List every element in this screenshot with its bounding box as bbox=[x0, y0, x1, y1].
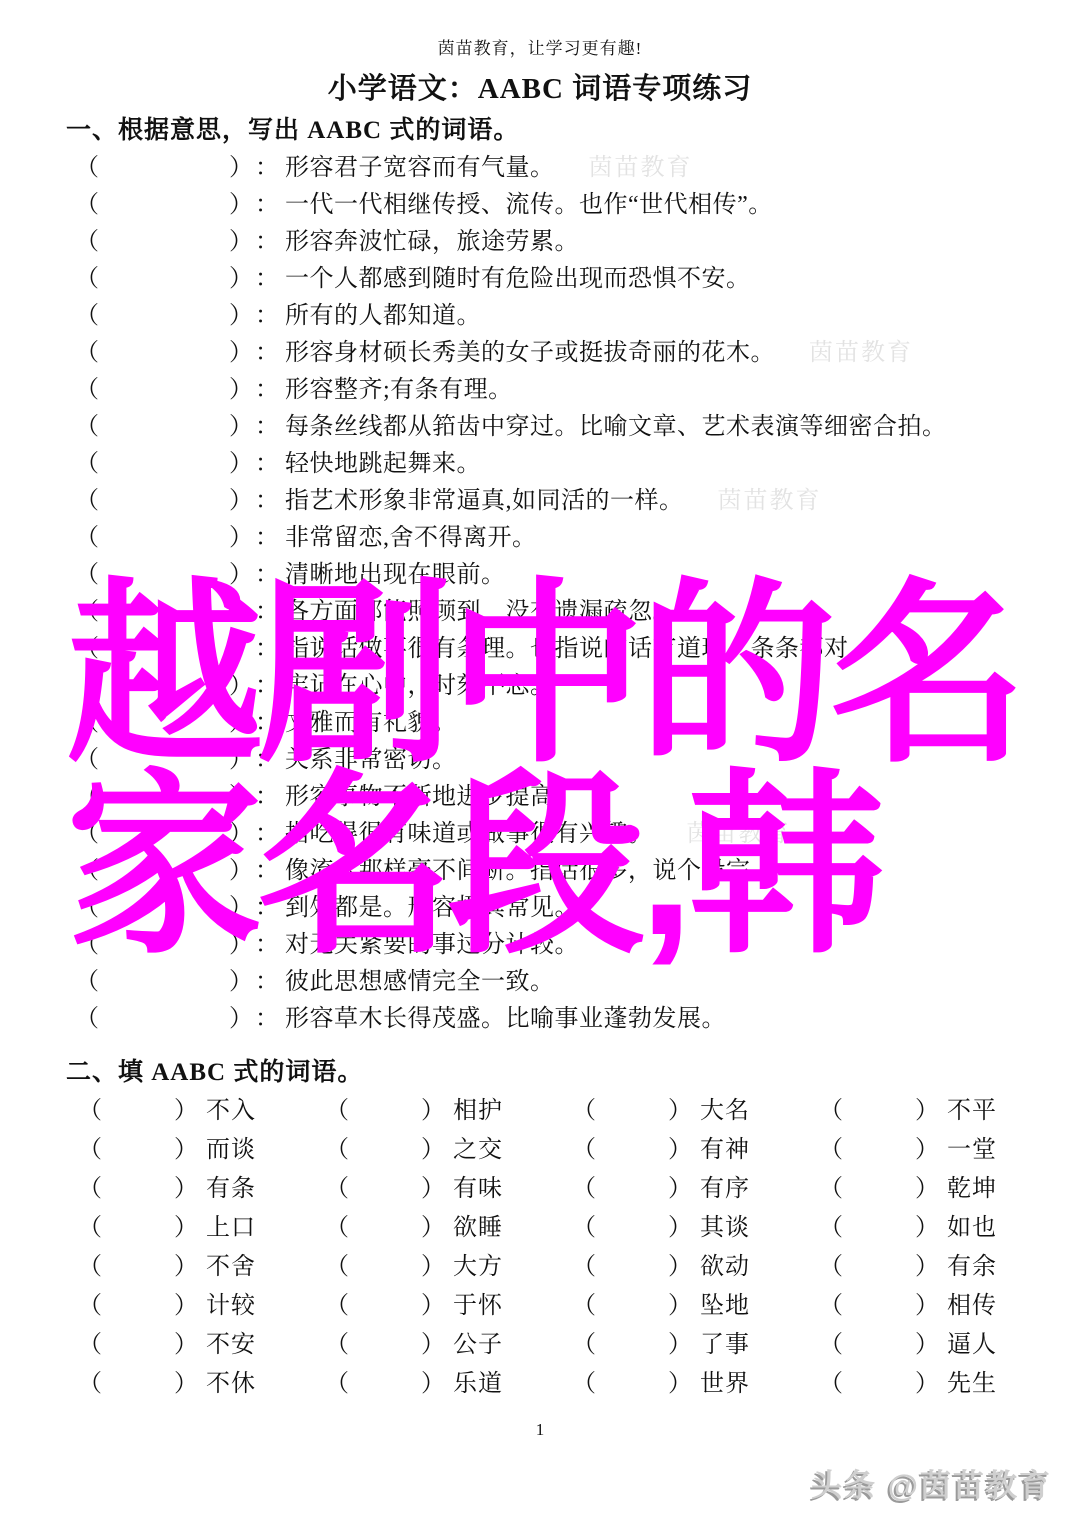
close-paren: ） bbox=[915, 1170, 939, 1209]
close-paren: ） bbox=[421, 1326, 445, 1365]
close-paren: ） bbox=[229, 298, 253, 335]
cell-word: 世界 bbox=[700, 1371, 750, 1397]
colon: ： bbox=[255, 446, 279, 483]
close-paren: ） bbox=[915, 1092, 939, 1131]
close-paren: ） bbox=[915, 1287, 939, 1326]
open-paren: （ bbox=[75, 1001, 99, 1038]
fill-cell: （）相传 bbox=[819, 1287, 1066, 1326]
close-paren: ） bbox=[174, 1209, 198, 1248]
clue-text: 形容君子宽容而有气量。 bbox=[285, 155, 555, 181]
open-paren: （ bbox=[75, 224, 99, 261]
close-paren: ） bbox=[421, 1365, 445, 1404]
clue-row: （）：非常留恋,舍不得离开。 bbox=[75, 520, 1075, 557]
cell-word: 其谈 bbox=[700, 1215, 750, 1241]
inline-watermark: 茵苗教育 bbox=[809, 340, 913, 366]
inline-watermark: 茵苗教育 bbox=[589, 155, 693, 181]
close-paren: ） bbox=[668, 1170, 692, 1209]
fill-cell: （）大名 bbox=[572, 1092, 819, 1131]
fill-cell: （）计较 bbox=[78, 1287, 325, 1326]
clue-row: （）：一代一代相继传授、流传。也作“世代相传”。 bbox=[75, 187, 1075, 224]
colon: ： bbox=[255, 224, 279, 261]
clue-row: （）：指艺术形象非常逼真,如同活的一样。茵苗教育 bbox=[75, 483, 1075, 520]
fill-cell: （）世界 bbox=[572, 1365, 819, 1404]
colon: ： bbox=[255, 409, 279, 446]
page: 茵苗教育，让学习更有趣! 小学语文：AABC 词语专项练习 一、根据意思，写出 … bbox=[0, 0, 1080, 1527]
open-paren: （ bbox=[78, 1365, 102, 1404]
close-paren: ） bbox=[915, 1326, 939, 1365]
clue-row: （）：轻快地跳起舞来。 bbox=[75, 446, 1075, 483]
open-paren: （ bbox=[75, 483, 99, 520]
page-number: 1 bbox=[0, 1420, 1080, 1440]
inline-watermark: 茵苗教育 bbox=[718, 488, 822, 514]
clue-text: 一代一代相继传授、流传。也作“世代相传”。 bbox=[285, 192, 773, 218]
close-paren: ） bbox=[915, 1248, 939, 1287]
colon: ： bbox=[255, 335, 279, 372]
fill-cell: （）乾坤 bbox=[819, 1170, 1066, 1209]
cell-word: 欲睡 bbox=[453, 1215, 503, 1241]
open-paren: （ bbox=[325, 1365, 349, 1404]
clue-text: 非常留恋,舍不得离开。 bbox=[285, 525, 537, 551]
fill-cell: （）不入 bbox=[78, 1092, 325, 1131]
clue-row: （）：形容奔波忙碌，旅途劳累。 bbox=[75, 224, 1075, 261]
fill-cell: （）相护 bbox=[325, 1092, 572, 1131]
cell-word: 乾坤 bbox=[947, 1176, 997, 1202]
fill-grid-row: （）而谈（）之交（）有神（）一堂 bbox=[78, 1131, 1068, 1170]
cell-word: 不休 bbox=[206, 1371, 256, 1397]
clue-text: 轻快地跳起舞来。 bbox=[285, 451, 481, 477]
fill-grid-row: （）上口（）欲睡（）其谈（）如也 bbox=[78, 1209, 1068, 1248]
close-paren: ） bbox=[229, 187, 253, 224]
colon: ： bbox=[255, 372, 279, 409]
close-paren: ） bbox=[229, 446, 253, 483]
fill-cell: （）有条 bbox=[78, 1170, 325, 1209]
clue-text: 形容奔波忙碌，旅途劳累。 bbox=[285, 229, 579, 255]
open-paren: （ bbox=[819, 1170, 843, 1209]
open-paren: （ bbox=[325, 1287, 349, 1326]
clue-row: （）：形容身材硕长秀美的女子或挺拔奇丽的花木。茵苗教育 bbox=[75, 335, 1075, 372]
clue-row: （）：每条丝线都从筘齿中穿过。比喻文章、艺术表演等细密合拍。 bbox=[75, 409, 1075, 446]
cell-word: 不安 bbox=[206, 1332, 256, 1358]
open-paren: （ bbox=[819, 1209, 843, 1248]
fill-cell: （）不安 bbox=[78, 1326, 325, 1365]
close-paren: ） bbox=[668, 1326, 692, 1365]
close-paren: ） bbox=[421, 1209, 445, 1248]
clue-text: 形容身材硕长秀美的女子或挺拔奇丽的花木。 bbox=[285, 340, 775, 366]
close-paren: ） bbox=[668, 1248, 692, 1287]
credit-watermark: 头条 @茵苗教育 bbox=[811, 1460, 1052, 1505]
colon: ： bbox=[255, 1001, 279, 1038]
open-paren: （ bbox=[78, 1248, 102, 1287]
colon: ： bbox=[255, 298, 279, 335]
open-paren: （ bbox=[572, 1248, 596, 1287]
open-paren: （ bbox=[819, 1287, 843, 1326]
cell-word: 大方 bbox=[453, 1254, 503, 1280]
fill-cell: （）之交 bbox=[325, 1131, 572, 1170]
clue-text: 形容整齐;有条有理。 bbox=[285, 377, 513, 403]
fill-grid-row: （）不休（）乐道（）世界（）先生 bbox=[78, 1365, 1068, 1404]
cell-word: 有余 bbox=[947, 1254, 997, 1280]
close-paren: ） bbox=[421, 1287, 445, 1326]
section1-heading: 一、根据意思，写出 AABC 式的词语。 bbox=[66, 110, 519, 146]
open-paren: （ bbox=[75, 150, 99, 187]
fill-cell: （）先生 bbox=[819, 1365, 1066, 1404]
close-paren: ） bbox=[229, 261, 253, 298]
cell-word: 了事 bbox=[700, 1332, 750, 1358]
open-paren: （ bbox=[325, 1131, 349, 1170]
close-paren: ） bbox=[174, 1326, 198, 1365]
open-paren: （ bbox=[78, 1092, 102, 1131]
cell-word: 之交 bbox=[453, 1137, 503, 1163]
fill-cell: （）了事 bbox=[572, 1326, 819, 1365]
fill-grid-row: （）不安（）公子（）了事（）逼人 bbox=[78, 1326, 1068, 1365]
fill-cell: （）如也 bbox=[819, 1209, 1066, 1248]
clue-text: 所有的人都知道。 bbox=[285, 303, 481, 329]
open-paren: （ bbox=[819, 1131, 843, 1170]
close-paren: ） bbox=[229, 483, 253, 520]
close-paren: ） bbox=[229, 1001, 253, 1038]
open-paren: （ bbox=[75, 446, 99, 483]
close-paren: ） bbox=[915, 1209, 939, 1248]
fill-cell: （）不休 bbox=[78, 1365, 325, 1404]
close-paren: ） bbox=[915, 1131, 939, 1170]
colon: ： bbox=[255, 187, 279, 224]
cell-word: 大名 bbox=[700, 1098, 750, 1124]
close-paren: ） bbox=[229, 224, 253, 261]
open-paren: （ bbox=[572, 1365, 596, 1404]
open-paren: （ bbox=[819, 1326, 843, 1365]
open-paren: （ bbox=[78, 1209, 102, 1248]
site-tagline: 茵苗教育，让学习更有趣! bbox=[0, 34, 1080, 59]
fill-cell: （）不平 bbox=[819, 1092, 1066, 1131]
fill-grid-row: （）不入（）相护（）大名（）不平 bbox=[78, 1092, 1068, 1131]
fill-grid: （）不入（）相护（）大名（）不平（）而谈（）之交（）有神（）一堂（）有条（）有味… bbox=[78, 1092, 1068, 1404]
clue-text: 指艺术形象非常逼真,如同活的一样。 bbox=[285, 488, 684, 514]
open-paren: （ bbox=[572, 1170, 596, 1209]
page-title: 小学语文：AABC 词语专项练习 bbox=[0, 66, 1080, 107]
fill-cell: （）不舍 bbox=[78, 1248, 325, 1287]
cell-word: 有条 bbox=[206, 1176, 256, 1202]
fill-cell: （）逼人 bbox=[819, 1326, 1066, 1365]
fill-cell: （）有余 bbox=[819, 1248, 1066, 1287]
cell-word: 先生 bbox=[947, 1371, 997, 1397]
open-paren: （ bbox=[78, 1131, 102, 1170]
close-paren: ） bbox=[174, 1248, 198, 1287]
close-paren: ） bbox=[229, 520, 253, 557]
open-paren: （ bbox=[819, 1092, 843, 1131]
open-paren: （ bbox=[325, 1170, 349, 1209]
colon: ： bbox=[255, 150, 279, 187]
open-paren: （ bbox=[572, 1131, 596, 1170]
open-paren: （ bbox=[75, 261, 99, 298]
cell-word: 不平 bbox=[947, 1098, 997, 1124]
open-paren: （ bbox=[78, 1170, 102, 1209]
clue-text: 一个人都感到随时有危险出现而恐惧不安。 bbox=[285, 266, 751, 292]
open-paren: （ bbox=[325, 1092, 349, 1131]
fill-cell: （）一堂 bbox=[819, 1131, 1066, 1170]
cell-word: 如也 bbox=[947, 1215, 997, 1241]
cell-word: 乐道 bbox=[453, 1371, 503, 1397]
cell-word: 有序 bbox=[700, 1176, 750, 1202]
close-paren: ） bbox=[421, 1248, 445, 1287]
fill-cell: （）大方 bbox=[325, 1248, 572, 1287]
open-paren: （ bbox=[325, 1248, 349, 1287]
close-paren: ） bbox=[174, 1170, 198, 1209]
fill-cell: （）坠地 bbox=[572, 1287, 819, 1326]
open-paren: （ bbox=[75, 335, 99, 372]
open-paren: （ bbox=[75, 298, 99, 335]
section2-heading: 二、填 AABC 式的词语。 bbox=[66, 1052, 363, 1088]
close-paren: ） bbox=[668, 1092, 692, 1131]
open-paren: （ bbox=[819, 1248, 843, 1287]
fill-cell: （）有味 bbox=[325, 1170, 572, 1209]
fill-grid-row: （）计较（）于怀（）坠地（）相传 bbox=[78, 1287, 1068, 1326]
fill-cell: （）有序 bbox=[572, 1170, 819, 1209]
cell-word: 于怀 bbox=[453, 1293, 503, 1319]
close-paren: ） bbox=[421, 1170, 445, 1209]
fill-cell: （）乐道 bbox=[325, 1365, 572, 1404]
close-paren: ） bbox=[421, 1092, 445, 1131]
close-paren: ） bbox=[174, 1092, 198, 1131]
open-paren: （ bbox=[572, 1326, 596, 1365]
cell-word: 相传 bbox=[947, 1293, 997, 1319]
clue-row: （）：形容草木长得茂盛。比喻事业蓬勃发展。 bbox=[75, 1001, 1075, 1038]
fill-cell: （）有神 bbox=[572, 1131, 819, 1170]
open-paren: （ bbox=[325, 1209, 349, 1248]
clue-row: （）：一个人都感到随时有危险出现而恐惧不安。 bbox=[75, 261, 1075, 298]
close-paren: ） bbox=[421, 1131, 445, 1170]
open-paren: （ bbox=[75, 409, 99, 446]
open-paren: （ bbox=[75, 372, 99, 409]
fill-cell: （）欲睡 bbox=[325, 1209, 572, 1248]
cell-word: 不舍 bbox=[206, 1254, 256, 1280]
fill-cell: （）其谈 bbox=[572, 1209, 819, 1248]
close-paren: ） bbox=[229, 150, 253, 187]
fill-grid-row: （）不舍（）大方（）欲动（）有余 bbox=[78, 1248, 1068, 1287]
fill-cell: （）而谈 bbox=[78, 1131, 325, 1170]
close-paren: ） bbox=[229, 335, 253, 372]
clue-row: （）：形容君子宽容而有气量。茵苗教育 bbox=[75, 150, 1075, 187]
open-paren: （ bbox=[572, 1287, 596, 1326]
cell-word: 有神 bbox=[700, 1137, 750, 1163]
colon: ： bbox=[255, 520, 279, 557]
clue-row: （）：形容整齐;有条有理。 bbox=[75, 372, 1075, 409]
clue-text: 形容草木长得茂盛。比喻事业蓬勃发展。 bbox=[285, 1006, 726, 1032]
open-paren: （ bbox=[819, 1365, 843, 1404]
open-paren: （ bbox=[78, 1287, 102, 1326]
colon: ： bbox=[255, 483, 279, 520]
close-paren: ） bbox=[668, 1131, 692, 1170]
cell-word: 欲动 bbox=[700, 1254, 750, 1280]
close-paren: ） bbox=[229, 409, 253, 446]
open-paren: （ bbox=[78, 1326, 102, 1365]
cell-word: 而谈 bbox=[206, 1137, 256, 1163]
clue-text: 每条丝线都从筘齿中穿过。比喻文章、艺术表演等细密合拍。 bbox=[285, 414, 947, 440]
open-paren: （ bbox=[572, 1092, 596, 1131]
big-watermark: 越剧中的名家名段,韩 bbox=[66, 580, 1080, 962]
open-paren: （ bbox=[325, 1326, 349, 1365]
cell-word: 有味 bbox=[453, 1176, 503, 1202]
open-paren: （ bbox=[75, 520, 99, 557]
close-paren: ） bbox=[174, 1287, 198, 1326]
close-paren: ） bbox=[915, 1365, 939, 1404]
cell-word: 逼人 bbox=[947, 1332, 997, 1358]
cell-word: 相护 bbox=[453, 1098, 503, 1124]
cell-word: 上口 bbox=[206, 1215, 256, 1241]
close-paren: ） bbox=[668, 1209, 692, 1248]
cell-word: 坠地 bbox=[700, 1293, 750, 1319]
fill-cell: （）欲动 bbox=[572, 1248, 819, 1287]
open-paren: （ bbox=[572, 1209, 596, 1248]
close-paren: ） bbox=[174, 1131, 198, 1170]
open-paren: （ bbox=[75, 187, 99, 224]
cell-word: 公子 bbox=[453, 1332, 503, 1358]
clue-row: （）：所有的人都知道。 bbox=[75, 298, 1075, 335]
close-paren: ） bbox=[229, 372, 253, 409]
fill-cell: （）于怀 bbox=[325, 1287, 572, 1326]
close-paren: ） bbox=[668, 1365, 692, 1404]
fill-grid-row: （）有条（）有味（）有序（）乾坤 bbox=[78, 1170, 1068, 1209]
fill-cell: （）公子 bbox=[325, 1326, 572, 1365]
close-paren: ） bbox=[668, 1287, 692, 1326]
colon: ： bbox=[255, 261, 279, 298]
fill-cell: （）上口 bbox=[78, 1209, 325, 1248]
close-paren: ） bbox=[174, 1365, 198, 1404]
cell-word: 计较 bbox=[206, 1293, 256, 1319]
cell-word: 不入 bbox=[206, 1098, 256, 1124]
cell-word: 一堂 bbox=[947, 1137, 997, 1163]
